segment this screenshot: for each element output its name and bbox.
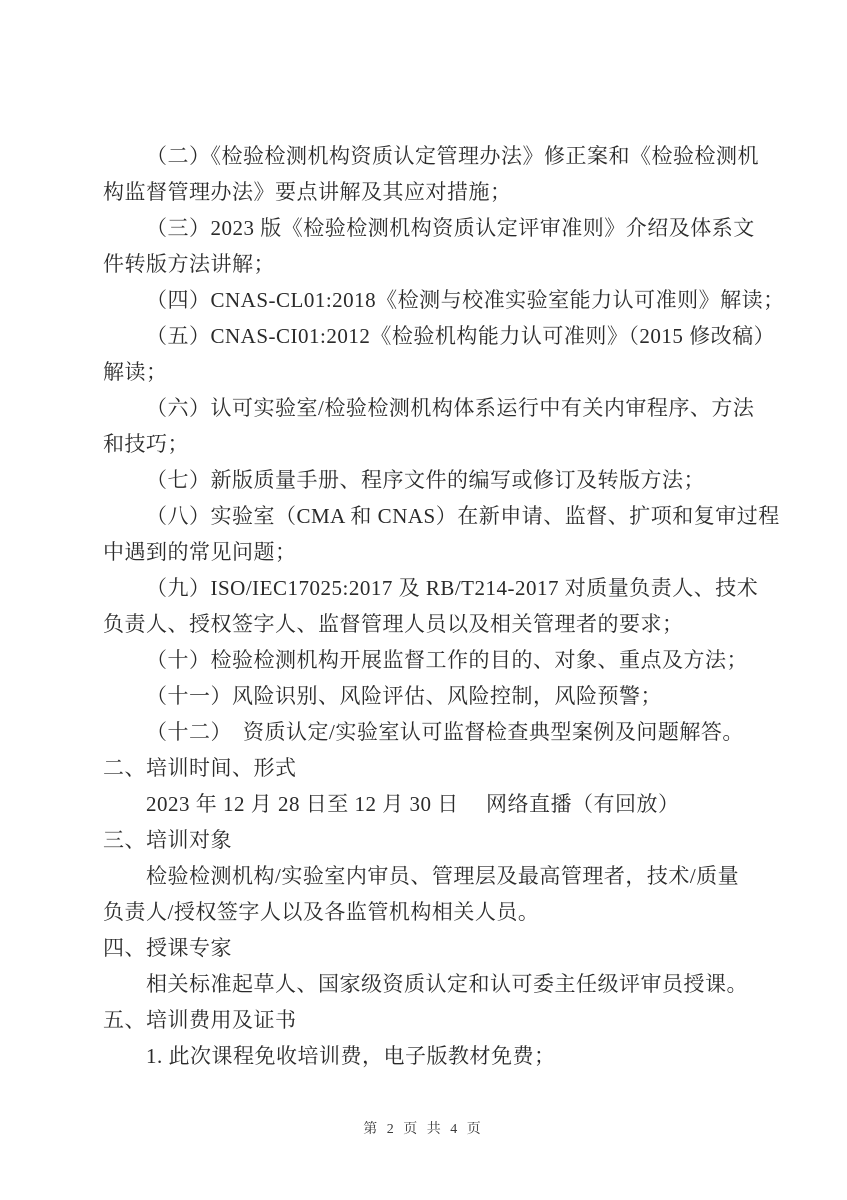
page-number: 第 2 页 共 4 页 — [363, 1122, 484, 1137]
text-line: 2023 年 12 月 28 日至 12 月 30 日 网络直播（有回放） — [103, 786, 763, 822]
text-line: （七）新版质量手册、程序文件的编写或修订及转版方法； — [103, 462, 763, 498]
text-line: （五）CNAS-CI01:2012《检验机构能力认可准则》（2015 修改稿） — [103, 318, 763, 354]
text-line: 四、授课专家 — [103, 930, 763, 966]
text-line: 检验检测机构/实验室内审员、管理层及最高管理者，技术/质量 — [103, 858, 763, 894]
text-line: （十一）风险识别、风险评估、风险控制，风险预警； — [103, 678, 763, 714]
text-line: （三）2023 版《检验检测机构资质认定评审准则》介绍及体系文 — [103, 210, 763, 246]
document-page: （二）《检验检测机构资质认定管理办法》修正案和《检验检测机构监督管理办法》要点讲… — [0, 0, 847, 1200]
text-line: 相关标准起草人、国家级资质认定和认可委主任级评审员授课。 — [103, 966, 763, 1002]
text-line: 和技巧； — [103, 426, 763, 462]
text-line: 1. 此次课程免收培训费，电子版教材免费； — [103, 1038, 763, 1074]
text-line: （六）认可实验室/检验检测机构体系运行中有关内审程序、方法 — [103, 390, 763, 426]
text-line: （四）CNAS-CL01:2018《检测与校准实验室能力认可准则》解读； — [103, 282, 763, 318]
page-footer: 第 2 页 共 4 页 — [0, 1118, 847, 1138]
text-line: 负责人、授权签字人、监督管理人员以及相关管理者的要求； — [103, 606, 763, 642]
text-line: 解读； — [103, 354, 763, 390]
text-line: 件转版方法讲解； — [103, 246, 763, 282]
text-line: （九）ISO/IEC17025:2017 及 RB/T214-2017 对质量负… — [103, 570, 763, 606]
document-body: （二）《检验检测机构资质认定管理办法》修正案和《检验检测机构监督管理办法》要点讲… — [103, 138, 763, 1074]
text-line: （二）《检验检测机构资质认定管理办法》修正案和《检验检测机 — [103, 138, 763, 174]
text-line: 二、培训时间、形式 — [103, 750, 763, 786]
text-line: （十二） 资质认定/实验室认可监督检查典型案例及问题解答。 — [103, 714, 763, 750]
text-line: （十）检验检测机构开展监督工作的目的、对象、重点及方法； — [103, 642, 763, 678]
text-line: 中遇到的常见问题； — [103, 534, 763, 570]
text-line: 三、培训对象 — [103, 822, 763, 858]
text-line: 负责人/授权签字人以及各监管机构相关人员。 — [103, 894, 763, 930]
text-line: （八）实验室（CMA 和 CNAS）在新申请、监督、扩项和复审过程 — [103, 498, 763, 534]
text-line: 构监督管理办法》要点讲解及其应对措施； — [103, 174, 763, 210]
text-line: 五、培训费用及证书 — [103, 1002, 763, 1038]
